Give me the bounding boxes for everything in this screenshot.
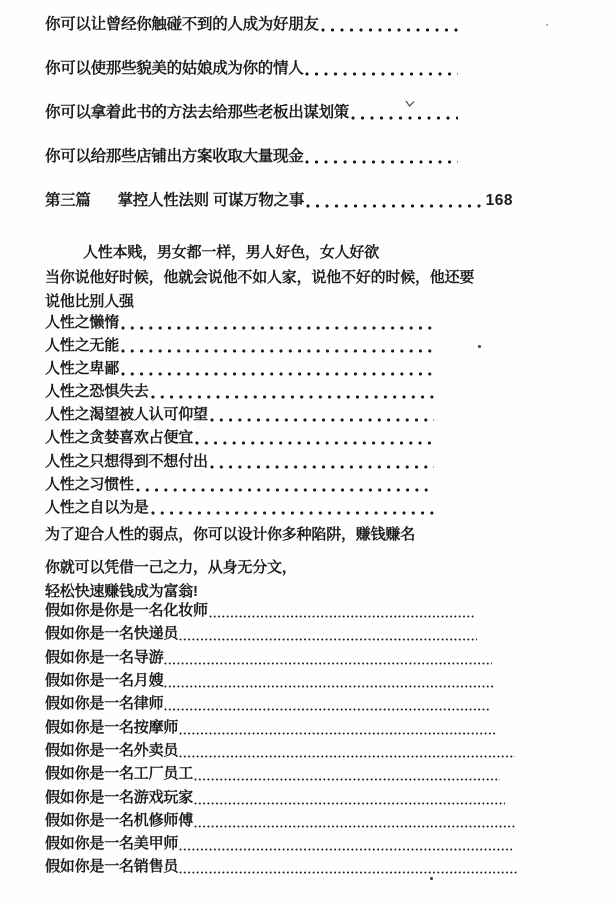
chapter-title: 掌控人性法则 可谋万物之事 [118, 188, 304, 210]
intro-line: 人性本贱，男女都一样，男人好色，女人好欲 [45, 241, 576, 266]
toc-entry: 你可以拿着此书的方法去给那些老板出谋划策 [45, 104, 458, 122]
list-item: 人性之只想得到不想付出 [45, 454, 434, 471]
dot-leader [210, 418, 434, 422]
list-item: 假如你是一名律师 [45, 697, 490, 713]
list-item-text: 人性之卑鄙 [45, 357, 119, 378]
list-item-text: 假如你是一名美甲师 [45, 832, 178, 853]
list-item: 假如你是一名游戏玩家 [45, 791, 505, 807]
nature-summary: 为了迎合人性的弱点，你可以设计你多种陷阱，赚钱赚名 [45, 523, 576, 540]
list-item: 假如你是一名机修师傅 [45, 814, 515, 830]
scan-speck [478, 345, 481, 348]
dot-leader [305, 72, 458, 76]
toc-entry-text: 你可以让曾经你触碰不到的人成为好朋友 [45, 12, 319, 34]
scanned-toc-page: 你可以让曾经你触碰不到的人成为好朋友 你可以使那些貌美的姑娘成为你的情人 你可以… [0, 0, 616, 906]
list-item: 假如你是一名快递员 [45, 627, 477, 643]
list-item: 人性之懒惰 [45, 315, 434, 332]
list-item-text: 假如你是一名外卖员 [45, 739, 178, 760]
list-item-text: 人性之贪婪喜欢占便宜 [45, 426, 193, 447]
roles-list: 假如你是你是一名化妆师 假如你是一名快递员 假如你是一名导游 假如你是一名月嫂 … [45, 604, 616, 876]
list-item: 人性之无能 [45, 338, 434, 355]
list-item-text: 假如你是一名律师 [45, 692, 163, 713]
list-item-text: 人性之习惯性 [45, 473, 134, 494]
chapter-label: 第三篇 [45, 188, 91, 210]
dot-leader [164, 708, 490, 711]
toc-entry-text: 你可以使那些貌美的姑娘成为你的情人 [45, 56, 303, 78]
list-item-text: 人性之自以为是 [45, 496, 149, 517]
list-item-text: 人性之无能 [45, 334, 119, 355]
list-item-text: 假如你是一名游戏玩家 [45, 786, 193, 807]
chapter-page-number: 168 [486, 192, 513, 210]
dot-leader [151, 511, 434, 515]
dot-leader [194, 802, 505, 805]
toc-entry: 你可以让曾经你触碰不到的人成为好朋友 [45, 16, 458, 34]
list-item: 人性之卑鄙 [45, 361, 434, 378]
dot-leader [305, 160, 458, 164]
list-item-text: 假如你是一名导游 [45, 646, 163, 667]
toc-entry-text: 你可以给那些店铺出方案收取大量现金 [45, 144, 303, 166]
list-item-text: 假如你是一名工厂员工 [45, 762, 193, 783]
dot-leader [209, 615, 475, 618]
dot-leader [306, 204, 483, 208]
list-item: 假如你是你是一名化妆师 [45, 604, 475, 620]
list-item: 假如你是一名月嫂 [45, 674, 493, 690]
dot-leader [179, 732, 495, 735]
toc-entry: 你可以给那些店铺出方案收取大量现金 [45, 148, 458, 166]
list-item-text: 人性之恐惧失去 [45, 380, 149, 401]
dot-leader [164, 685, 493, 688]
list-item: 人性之习惯性 [45, 477, 434, 494]
dot-leader [194, 778, 500, 781]
dot-leader [121, 349, 434, 353]
list-item: 假如你是一名销售员 [45, 860, 518, 876]
toc-entry-text: 你可以拿着此书的方法去给那些老板出谋划策 [45, 100, 349, 122]
list-item-text: 假如你是你是一名化妆师 [45, 599, 208, 620]
list-item: 假如你是一名工厂员工 [45, 767, 500, 783]
list-item: 假如你是一名按摩师 [45, 721, 495, 737]
dot-leader [121, 326, 434, 330]
intro-line: 说他比别人强 [45, 290, 576, 315]
dot-leader [151, 395, 434, 399]
list-item-text: 假如你是一名机修师傅 [45, 809, 193, 830]
toc-entry: 你可以使那些貌美的姑娘成为你的情人 [45, 60, 458, 78]
dot-leader [179, 638, 477, 641]
dot-leader [179, 755, 515, 758]
promise-lines: 你就可以凭借一己之力，从身无分文， 轻松快速赚钱成为富翁! [45, 556, 616, 597]
promise-line: 你就可以凭借一己之力，从身无分文， [45, 556, 616, 573]
list-item-text: 假如你是一名销售员 [45, 855, 178, 876]
intro-paragraph: 人性本贱，男女都一样，男人好色，女人好欲 当你说他好时候，他就会说他不如人家，说… [45, 241, 576, 315]
human-nature-list: 人性之懒惰 人性之无能 人性之卑鄙 人性之恐惧失去 人性之渴望被人认可仰望 人性… [45, 315, 616, 518]
scan-speck [546, 24, 548, 26]
scan-speck [430, 877, 433, 880]
list-item: 假如你是一名导游 [45, 651, 492, 667]
dot-leader [121, 372, 434, 376]
list-item-text: 假如你是一名快递员 [45, 622, 178, 643]
scan-check-mark [405, 95, 415, 113]
list-item: 假如你是一名外卖员 [45, 744, 515, 760]
list-item: 假如你是一名美甲师 [45, 837, 512, 853]
dot-leader [179, 848, 512, 851]
toc-top-section: 你可以让曾经你触碰不到的人成为好朋友 你可以使那些貌美的姑娘成为你的情人 你可以… [45, 16, 616, 166]
list-item-text: 假如你是一名月嫂 [45, 669, 163, 690]
dot-leader [321, 28, 458, 32]
list-item: 人性之恐惧失去 [45, 384, 434, 401]
chapter-entry: 第三篇 掌控人性法则 可谋万物之事 168 [45, 192, 513, 210]
dot-leader [195, 441, 434, 445]
dot-leader [179, 871, 518, 874]
list-item-text: 人性之只想得到不想付出 [45, 450, 208, 471]
dot-leader [194, 825, 515, 828]
list-item-text: 人性之懒惰 [45, 311, 119, 332]
dot-leader [210, 465, 434, 469]
dot-leader [351, 116, 458, 120]
list-item-text: 假如你是一名按摩师 [45, 716, 178, 737]
intro-line: 当你说他好时候，他就会说他不如人家，说他不好的时候，他还要 [45, 266, 576, 291]
dot-leader [136, 488, 434, 492]
promise-line: 轻松快速赚钱成为富翁! [45, 580, 616, 597]
list-item-text: 人性之渴望被人认可仰望 [45, 403, 208, 424]
list-item: 人性之渴望被人认可仰望 [45, 407, 434, 424]
list-item: 人性之贪婪喜欢占便宜 [45, 430, 434, 447]
list-item: 人性之自以为是 [45, 500, 434, 517]
dot-leader [164, 662, 492, 665]
